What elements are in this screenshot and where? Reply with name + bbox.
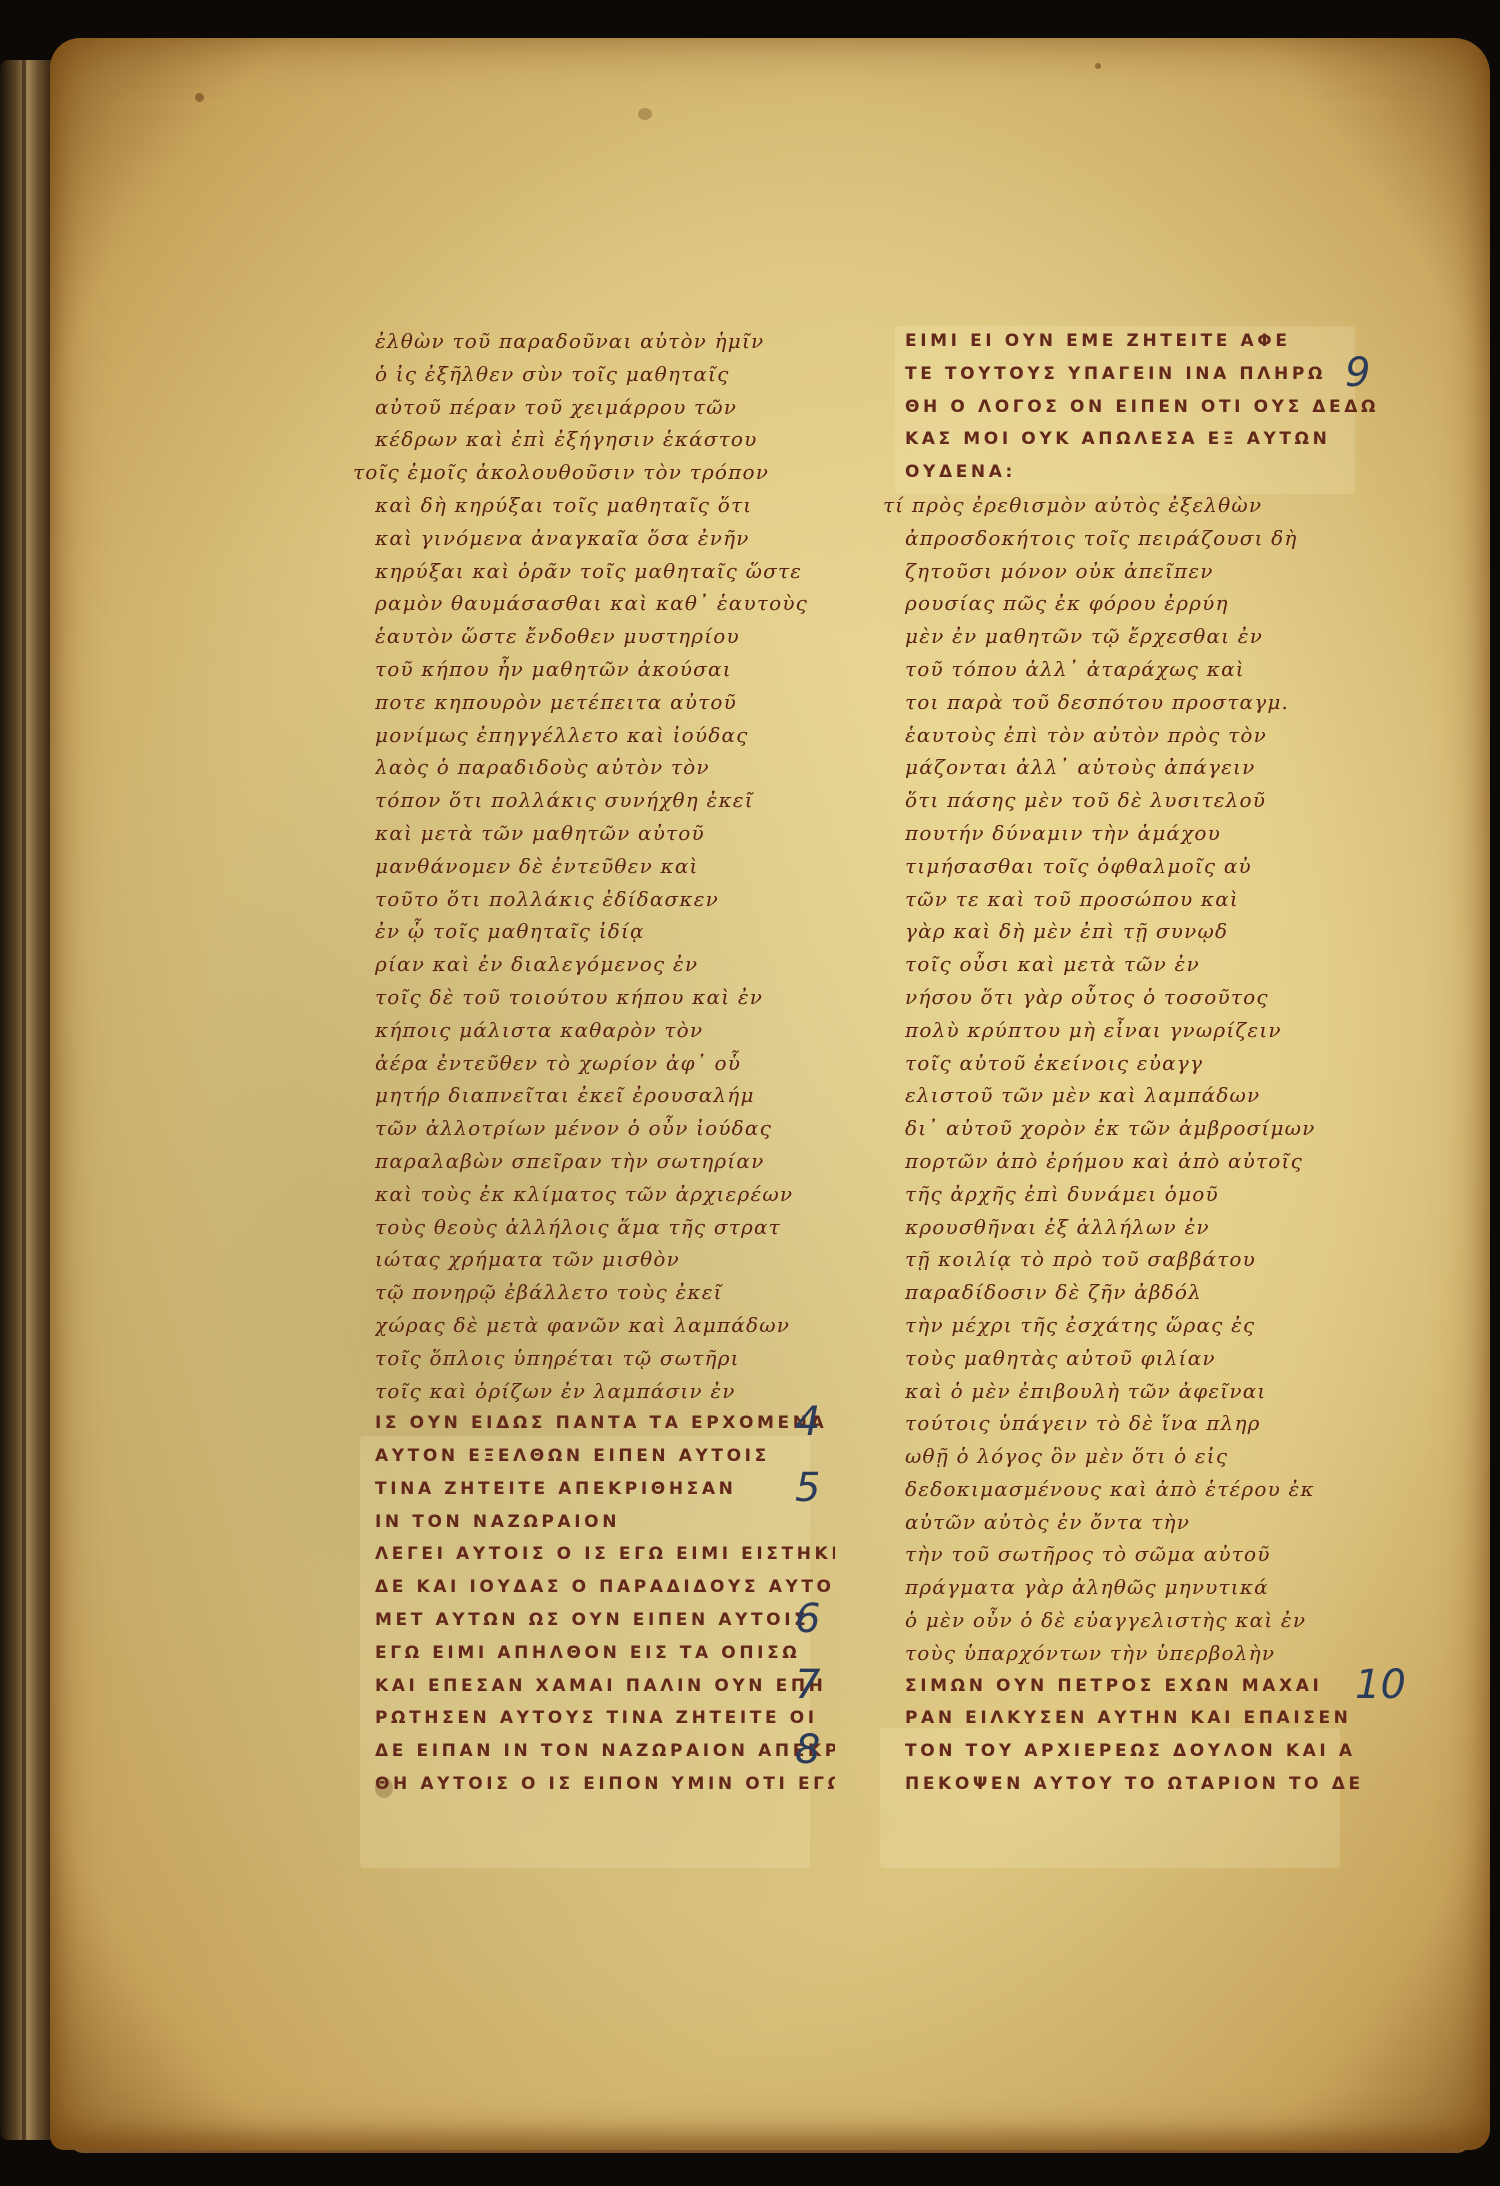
marginal-verse-number: 6 — [795, 1596, 820, 1642]
line-text: μανθάνομεν δὲ ἐντεῦθεν καὶ — [375, 854, 699, 878]
uncial-text-line: ΕΓΩ ΕΙΜΙ ΑΠΗΛΘΟΝ ΕΙΣ ΤΑ ΟΠΙΣΩ — [375, 1637, 835, 1670]
line-text: ελιστοῦ τῶν μὲν καὶ λαμπάδων — [905, 1083, 1260, 1107]
minuscule-text-line: τῶν τε καὶ τοῦ προσώπου καὶ — [905, 883, 1375, 916]
line-text: καὶ ὁ μὲν ἐπιβουλὴ τῶν ἀφεῖναι — [905, 1379, 1266, 1403]
line-text: ΤΟΝ ΤΟΥ ΑΡΧΙΕΡΕΩΣ ΔΟΥΛΟΝ ΚΑΙ Α — [905, 1741, 1356, 1761]
line-text: τῆς ἀρχῆς ἐπὶ δυνάμει ὁμοῦ — [905, 1182, 1219, 1206]
marginal-verse-number: 10 — [1355, 1662, 1406, 1708]
marginal-verse-number: 8 — [795, 1727, 820, 1773]
line-text: αὐτοῦ πέραν τοῦ χειμάρρου τῶν — [375, 395, 737, 419]
uncial-text-line: ΡΩΤΗΣΕΝ ΑΥΤΟΥΣ ΤΙΝΑ ΖΗΤΕΙΤΕ ΟΙ — [375, 1702, 835, 1735]
line-text: ρουσίας πῶς ἐκ φόρου ἐρρύη — [905, 591, 1229, 615]
line-text: τοῖς δὲ τοῦ τοιούτου κήπου καὶ ἐν — [375, 985, 763, 1009]
line-text: ἑαυτοὺς ἐπὶ τὸν αὐτὸν πρὸς τὸν — [905, 723, 1267, 747]
line-text: ΕΓΩ ΕΙΜΙ ΑΠΗΛΘΟΝ ΕΙΣ ΤΑ ΟΠΙΣΩ — [375, 1643, 800, 1663]
uncial-text-line: ΕΙΜΙ ΕΙ ΟΥΝ ΕΜΕ ΖΗΤΕΙΤΕ ΑΦΕ — [905, 325, 1375, 358]
line-text: κέδρων καὶ ἐπὶ ἐξήγησιν ἑκάστου — [375, 427, 758, 451]
line-text: λαὸς ὁ παραδιδοὺς αὐτὸν τὸν — [375, 755, 710, 779]
uncial-text-line: ΡΑΝ ΕΙΛΚΥΣΕΝ ΑΥΤΗΝ ΚΑΙ ΕΠΑΙΣΕΝ — [905, 1702, 1375, 1735]
minuscule-text-line: κηρύξαι καὶ ὁρᾶν τοῖς μαθηταῖς ὥστε — [375, 555, 835, 588]
minuscule-text-line: πορτῶν ἀπὸ ἐρήμου καὶ ἀπὸ αὐτοῖς — [905, 1145, 1375, 1178]
uncial-text-line: ΘΗ ΑΥΤΟΙΣ Ο ΙΣ ΕΙΠΟΝ ΥΜΙΝ ΟΤΙ ΕΓΩ — [375, 1768, 835, 1801]
minuscule-text-line: μὲν ἐν μαθητῶν τῷ ἔρχεσθαι ἐν — [905, 620, 1375, 653]
line-text: τοῦ κήπου ἦν μαθητῶν ἀκούσαι — [375, 657, 732, 681]
line-text: τοι παρὰ τοῦ δεσπότου προσταγμ. — [905, 690, 1289, 714]
line-text: τοὺς θεοὺς ἀλλήλοις ἅμα τῆς στρατ — [375, 1215, 781, 1239]
line-text: πολὺ κρύπτου μὴ εἶναι γνωρίζειν — [905, 1018, 1282, 1042]
line-text: ΔΕ ΕΙΠΑΝ ΙΝ ΤΟΝ ΝΑΖΩΡΑΙΟΝ ΑΠΕΚΡΙ — [375, 1741, 835, 1761]
line-text: ΠΕΚΟΨΕΝ ΑΥΤΟΥ ΤΟ ΩΤΑΡΙΟΝ ΤΟ ΔΕ — [905, 1774, 1364, 1794]
line-text: ΟΥΔΕΝΑ: — [905, 462, 1016, 482]
minuscule-text-line: τὴν μέχρι τῆς ἐσχάτης ὥρας ἐς — [905, 1309, 1375, 1342]
minuscule-text-line: ιώτας χρήματα τῶν μισθὸν — [375, 1243, 835, 1276]
line-text: καὶ τοὺς ἐκ κλίματος τῶν ἀρχιερέων — [375, 1182, 793, 1206]
line-text: πορτῶν ἀπὸ ἐρήμου καὶ ἀπὸ αὐτοῖς — [905, 1149, 1303, 1173]
uncial-text-line: ΟΥΔΕΝΑ: — [905, 456, 1375, 489]
line-text: μάζονται ἀλλ᾽ αὐτοὺς ἀπάγειν — [905, 755, 1255, 779]
minuscule-text-line: αὐτῶν αὐτὸς ἐν ὄντα τὴν — [905, 1506, 1375, 1539]
minuscule-text-line: νήσου ὅτι γὰρ οὗτος ὁ τοσοῦτος — [905, 981, 1375, 1014]
minuscule-text-line: τοῦ τόπου ἀλλ᾽ ἀταράχως καὶ — [905, 653, 1375, 686]
uncial-text-line: ΑΥΤΟΝ ΕΞΕΛΘΩΝ ΕΙΠΕΝ ΑΥΤΟΙΣ — [375, 1440, 835, 1473]
minuscule-text-line: ὁ ἰς ἐξῆλθεν σὺν τοῖς μαθηταῖς> — [375, 358, 835, 391]
minuscule-text-line: τί πρὸς ἐρεθισμὸν αὐτὸς ἐξελθὼν — [883, 489, 1375, 522]
line-text: πουτήν δύναμιν τὴν ἀμάχου — [905, 821, 1221, 845]
line-text: ΤΙΝΑ ΖΗΤΕΙΤΕ ΑΠΕΚΡΙΘΗΣΑΝ — [375, 1479, 736, 1499]
ink-spot — [195, 93, 204, 102]
line-text: μονίμως ἐπηγγέλλετο καὶ ἰούδας — [375, 723, 749, 747]
line-text: ἀέρα ἐντεῦθεν τὸ χωρίον ἀφ᾽ οὗ — [375, 1051, 741, 1075]
minuscule-text-line: τούτοις ὑπάγειν τὸ δὲ ἵνα πληρ> — [905, 1407, 1375, 1440]
line-text: ρίαν καὶ ἐν διαλεγόμενος ἐν — [375, 952, 698, 976]
right-column: ΕΙΜΙ ΕΙ ΟΥΝ ΕΜΕ ΖΗΤΕΙΤΕ ΑΦΕΤΕ ΤΟΥΤΟΥΣ ΥΠ… — [905, 325, 1375, 1801]
line-text: ΕΙΜΙ ΕΙ ΟΥΝ ΕΜΕ ΖΗΤΕΙΤΕ ΑΦΕ — [905, 331, 1291, 351]
minuscule-text-line: τοῦ κήπου ἦν μαθητῶν ἀκούσαι — [375, 653, 835, 686]
minuscule-text-line: καὶ ὁ μὲν ἐπιβουλὴ τῶν ἀφεῖναι> — [905, 1375, 1375, 1408]
minuscule-text-line: κήποις μάλιστα καθαρὸν τὸν — [375, 1014, 835, 1047]
ink-spot — [1095, 63, 1101, 69]
line-text: τοὺς μαθητὰς αὐτοῦ φιλίαν — [905, 1346, 1216, 1370]
minuscule-text-line: ποτε κηπουρὸν μετέπειτα αὐτοῦ — [375, 686, 835, 719]
line-text: τοῖς οὖσι καὶ μετὰ τῶν ἐν — [905, 952, 1200, 976]
uncial-text-line: ΚΑΣ ΜΟΙ ΟΥΚ ΑΠΩΛΕΣΑ ΕΞ ΑΥΤΩΝ — [905, 423, 1375, 456]
line-text: ποτε κηπουρὸν μετέπειτα αὐτοῦ — [375, 690, 737, 714]
minuscule-text-line: καὶ γινόμενα ἀναγκαῖα ὅσα ἐνῆν — [375, 522, 835, 555]
line-text: ΡΑΝ ΕΙΛΚΥΣΕΝ ΑΥΤΗΝ ΚΑΙ ΕΠΑΙΣΕΝ — [905, 1708, 1352, 1728]
line-text: ΘΗ Ο ΛΟΓΟΣ ΟΝ ΕΙΠΕΝ ΟΤΙ ΟΥΣ ΔΕΔΩ — [905, 397, 1375, 417]
minuscule-text-line: λαὸς ὁ παραδιδοὺς αὐτὸν τὸν — [375, 751, 835, 784]
line-text: τὴν τοῦ σωτῆρος τὸ σῶμα αὐτοῦ — [905, 1542, 1271, 1566]
line-text: ΣΙΜΩΝ ΟΥΝ ΠΕΤΡΟΣ ΕΧΩΝ ΜΑΧΑΙ — [905, 1676, 1322, 1696]
minuscule-text-line: τῆς ἀρχῆς ἐπὶ δυνάμει ὁμοῦ — [905, 1178, 1375, 1211]
marginal-verse-number: 4 — [795, 1399, 820, 1445]
line-text: τοῦτο ὅτι πολλάκις ἐδίδασκεν — [375, 887, 719, 911]
minuscule-text-line: μονίμως ἐπηγγέλλετο καὶ ἰούδας — [375, 719, 835, 752]
minuscule-text-line: τοῖς αὐτοῦ ἐκείνοις εὐαγγ — [905, 1047, 1375, 1080]
line-text: τῶν ἀλλοτρίων μένον ὁ οὖν ἰούδας — [375, 1116, 772, 1140]
minuscule-text-line: τοῦτο ὅτι πολλάκις ἐδίδασκεν — [375, 883, 835, 916]
minuscule-text-line: ρουσίας πῶς ἐκ φόρου ἐρρύη — [905, 587, 1375, 620]
minuscule-text-line: γὰρ καὶ δὴ μὲν ἐπὶ τῇ συνῳδ — [905, 915, 1375, 948]
line-text: ωθῇ ὁ λόγος ὃν μὲν ὅτι ὁ εἰς — [905, 1444, 1228, 1468]
uncial-text-line: ΙΣ ΟΥΝ ΕΙΔΩΣ ΠΑΝΤΑ ΤΑ ΕΡΧΟΜΕΝΑ ΕΠ — [375, 1407, 835, 1440]
line-text: τοῖς ἐμοῖς ἀκολουθοῦσιν τὸν τρόπον — [353, 460, 769, 484]
line-text: τόπον ὅτι πολλάκις συνήχθη ἐκεῖ — [375, 788, 754, 812]
minuscule-text-line: αὐτοῦ πέραν τοῦ χειμάρρου τῶν> — [375, 391, 835, 424]
minuscule-text-line: τοὺς θεοὺς ἀλλήλοις ἅμα τῆς στρατ — [375, 1211, 835, 1244]
line-text: ΤΕ ΤΟΥΤΟΥΣ ΥΠΑΓΕΙΝ ΙΝΑ ΠΛΗΡΩ — [905, 364, 1326, 384]
line-text: ἀπροσδοκήτοις τοῖς πειράζουσι δὴ — [905, 526, 1298, 550]
minuscule-text-line: πολὺ κρύπτου μὴ εἶναι γνωρίζειν — [905, 1014, 1375, 1047]
line-text: ραμὸν θαυμάσασθαι καὶ καθ᾽ ἑαυτοὺς — [375, 591, 808, 615]
uncial-text-line: ΣΙΜΩΝ ΟΥΝ ΠΕΤΡΟΣ ΕΧΩΝ ΜΑΧΑΙ — [905, 1670, 1375, 1703]
ink-spot — [638, 108, 652, 120]
line-text: τοὺς ὑπαρχόντων τὴν ὑπερβολὴν — [905, 1641, 1275, 1665]
line-text: παραδίδοσιν δὲ ζῆν ἀβδόλ — [905, 1280, 1202, 1304]
line-text: ὅτι πάσης μὲν τοῦ δὲ λυσιτελοῦ — [905, 788, 1266, 812]
line-text: ἐλθὼν τοῦ παραδοῦναι αὐτὸν ἡμῖν — [375, 329, 764, 353]
line-text: τῇ κοιλίᾳ τὸ πρὸ τοῦ σαββάτου — [905, 1247, 1256, 1271]
minuscule-text-line: ραμὸν θαυμάσασθαι καὶ καθ᾽ ἑαυτοὺς — [375, 587, 835, 620]
minuscule-text-line: χώρας δὲ μετὰ φανῶν καὶ λαμπάδων — [375, 1309, 835, 1342]
uncial-text-line: ΙΝ ΤΟΝ ΝΑΖΩΡΑΙΟΝ — [375, 1506, 835, 1539]
uncial-text-line: ΘΗ Ο ΛΟΓΟΣ ΟΝ ΕΙΠΕΝ ΟΤΙ ΟΥΣ ΔΕΔΩ — [905, 391, 1375, 424]
minuscule-text-line: ρίαν καὶ ἐν διαλεγόμενος ἐν — [375, 948, 835, 981]
minuscule-text-line: καὶ μετὰ τῶν μαθητῶν αὐτοῦ — [375, 817, 835, 850]
minuscule-text-line: τοῖς ὅπλοις ὑπηρέται τῷ σωτῆρι — [375, 1342, 835, 1375]
line-text: μητήρ διαπνεῖται ἐκεῖ ἐρουσαλήμ — [375, 1083, 755, 1107]
line-text: ΙΣ ΟΥΝ ΕΙΔΩΣ ΠΑΝΤΑ ΤΑ ΕΡΧΟΜΕΝΑ ΕΠ — [375, 1413, 835, 1433]
minuscule-text-line: ἑαυτὸν ὥστε ἔνδοθεν μυστηρίου — [375, 620, 835, 653]
line-text: τοῖς αὐτοῦ ἐκείνοις εὐαγγ — [905, 1051, 1203, 1075]
minuscule-text-line: μάζονται ἀλλ᾽ αὐτοὺς ἀπάγειν> — [905, 751, 1375, 784]
minuscule-text-line: τοῖς οὖσι καὶ μετὰ τῶν ἐν — [905, 948, 1375, 981]
line-text: τιμήσασθαι τοῖς ὀφθαλμοῖς αὐ — [905, 854, 1252, 878]
uncial-text-line: ΔΕ ΚΑΙ ΙΟΥΔΑΣ Ο ΠΑΡΑΔΙΔΟΥΣ ΑΥΤΟΝ — [375, 1571, 835, 1604]
minuscule-text-line: καὶ δὴ κηρύξαι τοῖς μαθηταῖς ὅτι — [375, 489, 835, 522]
minuscule-text-line: ὅτι πάσης μὲν τοῦ δὲ λυσιτελοῦ — [905, 784, 1375, 817]
line-text: μὲν ἐν μαθητῶν τῷ ἔρχεσθαι ἐν — [905, 624, 1263, 648]
minuscule-text-line: κέδρων καὶ ἐπὶ ἐξήγησιν ἑκάστου> — [375, 423, 835, 456]
line-text: ΡΩΤΗΣΕΝ ΑΥΤΟΥΣ ΤΙΝΑ ΖΗΤΕΙΤΕ ΟΙ — [375, 1708, 818, 1728]
minuscule-text-line: τὴν τοῦ σωτῆρος τὸ σῶμα αὐτοῦ — [905, 1538, 1375, 1571]
page-edge — [70, 2140, 1470, 2153]
marginal-verse-number: 5 — [795, 1465, 820, 1511]
minuscule-text-line: παραλαβὼν σπεῖραν τὴν σωτηρίαν> — [375, 1145, 835, 1178]
line-text: ΚΑΣ ΜΟΙ ΟΥΚ ΑΠΩΛΕΣΑ ΕΞ ΑΥΤΩΝ — [905, 429, 1330, 449]
minuscule-text-line: τῇ κοιλίᾳ τὸ πρὸ τοῦ σαββάτου — [905, 1243, 1375, 1276]
minuscule-text-line: πουτήν δύναμιν τὴν ἀμάχου — [905, 817, 1375, 850]
line-text: καὶ γινόμενα ἀναγκαῖα ὅσα ἐνῆν — [375, 526, 750, 550]
line-text: τοῖς ὅπλοις ὑπηρέται τῷ σωτῆρι — [375, 1346, 740, 1370]
minuscule-text-line: κρουσθῆναι ἐξ ἀλλήλων ἐν — [905, 1211, 1375, 1244]
marginal-verse-number: 7 — [795, 1662, 820, 1708]
line-text: καὶ μετὰ τῶν μαθητῶν αὐτοῦ — [375, 821, 705, 845]
uncial-text-line: ΔΕ ΕΙΠΑΝ ΙΝ ΤΟΝ ΝΑΖΩΡΑΙΟΝ ΑΠΕΚΡΙ — [375, 1735, 835, 1768]
minuscule-text-line: τοὺς μαθητὰς αὐτοῦ φιλίαν — [905, 1342, 1375, 1375]
minuscule-text-line: τοι παρὰ τοῦ δεσπότου προσταγμ. — [905, 686, 1375, 719]
line-text: τοῦ τόπου ἀλλ᾽ ἀταράχως καὶ — [905, 657, 1245, 681]
minuscule-text-line: τόπον ὅτι πολλάκις συνήχθη ἐκεῖ — [375, 784, 835, 817]
minuscule-text-line: ἀέρα ἐντεῦθεν τὸ χωρίον ἀφ᾽ οὗ — [375, 1047, 835, 1080]
minuscule-text-line: ελιστοῦ τῶν μὲν καὶ λαμπάδων — [905, 1079, 1375, 1112]
line-text: τῷ πονηρῷ ἐβάλλετο τοὺς ἐκεῖ — [375, 1280, 723, 1304]
uncial-text-line: ΛΕΓΕΙ ΑΥΤΟΙΣ Ο ΙΣ ΕΓΩ ΕΙΜΙ ΕΙΣΤΗΚΕΙ — [375, 1538, 835, 1571]
minuscule-text-line: τιμήσασθαι τοῖς ὀφθαλμοῖς αὐ — [905, 850, 1375, 883]
left-column: ἐλθὼν τοῦ παραδοῦναι αὐτὸν ἡμῖν>ὁ ἰς ἐξῆ… — [375, 325, 835, 1801]
line-text: κηρύξαι καὶ ὁρᾶν τοῖς μαθηταῖς ὥστε — [375, 559, 802, 583]
line-text: ΘΗ ΑΥΤΟΙΣ Ο ΙΣ ΕΙΠΟΝ ΥΜΙΝ ΟΤΙ ΕΓΩ — [375, 1774, 835, 1794]
minuscule-text-line: ὁ μὲν οὖν ὁ δὲ εὐαγγελιστὴς καὶ ἐν — [905, 1604, 1375, 1637]
line-text: τὴν μέχρι τῆς ἐσχάτης ὥρας ἐς — [905, 1313, 1255, 1337]
line-text: ζητοῦσι μόνον οὐκ ἀπεῖπεν — [905, 559, 1214, 583]
minuscule-text-line: τῶν ἀλλοτρίων μένον ὁ οὖν ἰούδας> — [375, 1112, 835, 1145]
minuscule-text-line: δεδοκιμασμένους καὶ ἀπὸ ἑτέρου ἐκ> — [905, 1473, 1375, 1506]
uncial-text-line: ΚΑΙ ΕΠΕΣΑΝ ΧΑΜΑΙ ΠΑΛΙΝ ΟΥΝ ΕΠΗ — [375, 1670, 835, 1703]
uncial-text-line: ΤΙΝΑ ΖΗΤΕΙΤΕ ΑΠΕΚΡΙΘΗΣΑΝ — [375, 1473, 835, 1506]
line-text: ἑαυτὸν ὥστε ἔνδοθεν μυστηρίου — [375, 624, 740, 648]
line-text: ΜΕΤ ΑΥΤΩΝ ΩΣ ΟΥΝ ΕΙΠΕΝ ΑΥΤΟΙΣ — [375, 1610, 809, 1630]
line-text: κρουσθῆναι ἐξ ἀλλήλων ἐν — [905, 1215, 1210, 1239]
minuscule-text-line: πράγματα γὰρ ἀληθῶς μηνυτικά — [905, 1571, 1375, 1604]
minuscule-text-line: ἀπροσδοκήτοις τοῖς πειράζουσι δὴ — [905, 522, 1375, 555]
line-text: ἐν ᾧ τοῖς μαθηταῖς ἰδίᾳ — [375, 919, 645, 943]
minuscule-text-line: παραδίδοσιν δὲ ζῆν ἀβδόλ — [905, 1276, 1375, 1309]
minuscule-text-line: τοῖς δὲ τοῦ τοιούτου κήπου καὶ ἐν — [375, 981, 835, 1014]
line-text: δεδοκιμασμένους καὶ ἀπὸ ἑτέρου ἐκ — [905, 1477, 1315, 1501]
minuscule-text-line: μητήρ διαπνεῖται ἐκεῖ ἐρουσαλήμ — [375, 1079, 835, 1112]
line-text: τούτοις ὑπάγειν τὸ δὲ ἵνα πληρ — [905, 1411, 1261, 1435]
line-text: καὶ δὴ κηρύξαι τοῖς μαθηταῖς ὅτι — [375, 493, 752, 517]
line-text: κήποις μάλιστα καθαρὸν τὸν — [375, 1018, 703, 1042]
minuscule-text-line: ἑαυτοὺς ἐπὶ τὸν αὐτὸν πρὸς τὸν> — [905, 719, 1375, 752]
line-text: ΚΑΙ ΕΠΕΣΑΝ ΧΑΜΑΙ ΠΑΛΙΝ ΟΥΝ ΕΠΗ — [375, 1676, 827, 1696]
uncial-text-line: ΠΕΚΟΨΕΝ ΑΥΤΟΥ ΤΟ ΩΤΑΡΙΟΝ ΤΟ ΔΕ — [905, 1768, 1375, 1801]
minuscule-text-line: μανθάνομεν δὲ ἐντεῦθεν καὶ — [375, 850, 835, 883]
line-text: ΔΕ ΚΑΙ ΙΟΥΔΑΣ Ο ΠΑΡΑΔΙΔΟΥΣ ΑΥΤΟΝ — [375, 1577, 835, 1597]
line-text: πράγματα γὰρ ἀληθῶς μηνυτικά — [905, 1575, 1269, 1599]
line-text: δι᾽ αὐτοῦ χορὸν ἐκ τῶν ἀμβροσίμων — [905, 1116, 1316, 1140]
minuscule-text-line: τῷ πονηρῷ ἐβάλλετο τοὺς ἐκεῖ — [375, 1276, 835, 1309]
line-text: αὐτῶν αὐτὸς ἐν ὄντα τὴν — [905, 1510, 1190, 1534]
minuscule-text-line: τοῖς ἐμοῖς ἀκολουθοῦσιν τὸν τρόπον — [353, 456, 835, 489]
minuscule-text-line: καὶ τοὺς ἐκ κλίματος τῶν ἀρχιερέων — [375, 1178, 835, 1211]
minuscule-text-line: ἐλθὼν τοῦ παραδοῦναι αὐτὸν ἡμῖν> — [375, 325, 835, 358]
line-text: ΙΝ ΤΟΝ ΝΑΖΩΡΑΙΟΝ — [375, 1512, 620, 1532]
line-text: τοῖς καὶ ὁρίζων ἐν λαμπάσιν ἐν — [375, 1379, 736, 1403]
line-text: ΛΕΓΕΙ ΑΥΤΟΙΣ Ο ΙΣ ΕΓΩ ΕΙΜΙ ΕΙΣΤΗΚΕΙ — [375, 1544, 835, 1564]
minuscule-text-line: τοὺς ὑπαρχόντων τὴν ὑπερβολὴν — [905, 1637, 1375, 1670]
uncial-text-line: ΜΕΤ ΑΥΤΩΝ ΩΣ ΟΥΝ ΕΙΠΕΝ ΑΥΤΟΙΣ — [375, 1604, 835, 1637]
line-text: ὁ μὲν οὖν ὁ δὲ εὐαγγελιστὴς καὶ ἐν — [905, 1608, 1306, 1632]
minuscule-text-line: τοῖς καὶ ὁρίζων ἐν λαμπάσιν ἐν — [375, 1375, 835, 1408]
minuscule-text-line: ἐν ᾧ τοῖς μαθηταῖς ἰδίᾳ — [375, 915, 835, 948]
minuscule-text-line: ζητοῦσι μόνον οὐκ ἀπεῖπεν — [905, 555, 1375, 588]
uncial-text-line: ΤΕ ΤΟΥΤΟΥΣ ΥΠΑΓΕΙΝ ΙΝΑ ΠΛΗΡΩ — [905, 358, 1375, 391]
uncial-text-line: ΤΟΝ ΤΟΥ ΑΡΧΙΕΡΕΩΣ ΔΟΥΛΟΝ ΚΑΙ Α — [905, 1735, 1375, 1768]
line-text: νήσου ὅτι γὰρ οὗτος ὁ τοσοῦτος — [905, 985, 1269, 1009]
line-text: τί πρὸς ἐρεθισμὸν αὐτὸς ἐξελθὼν — [883, 493, 1262, 517]
line-text: ΑΥΤΟΝ ΕΞΕΛΘΩΝ ΕΙΠΕΝ ΑΥΤΟΙΣ — [375, 1446, 770, 1466]
line-text: παραλαβὼν σπεῖραν τὴν σωτηρίαν — [375, 1149, 764, 1173]
marginal-verse-number: 9 — [1345, 350, 1370, 396]
minuscule-text-line: δι᾽ αὐτοῦ χορὸν ἐκ τῶν ἀμβροσίμων — [905, 1112, 1375, 1145]
line-text: τῶν τε καὶ τοῦ προσώπου καὶ — [905, 887, 1239, 911]
line-text: γὰρ καὶ δὴ μὲν ἐπὶ τῇ συνῳδ — [905, 919, 1228, 943]
line-text: χώρας δὲ μετὰ φανῶν καὶ λαμπάδων — [375, 1313, 790, 1337]
minuscule-text-line: ωθῇ ὁ λόγος ὃν μὲν ὅτι ὁ εἰς> — [905, 1440, 1375, 1473]
line-text: ὁ ἰς ἐξῆλθεν σὺν τοῖς μαθηταῖς — [375, 362, 729, 386]
line-text: ιώτας χρήματα τῶν μισθὸν — [375, 1247, 680, 1271]
